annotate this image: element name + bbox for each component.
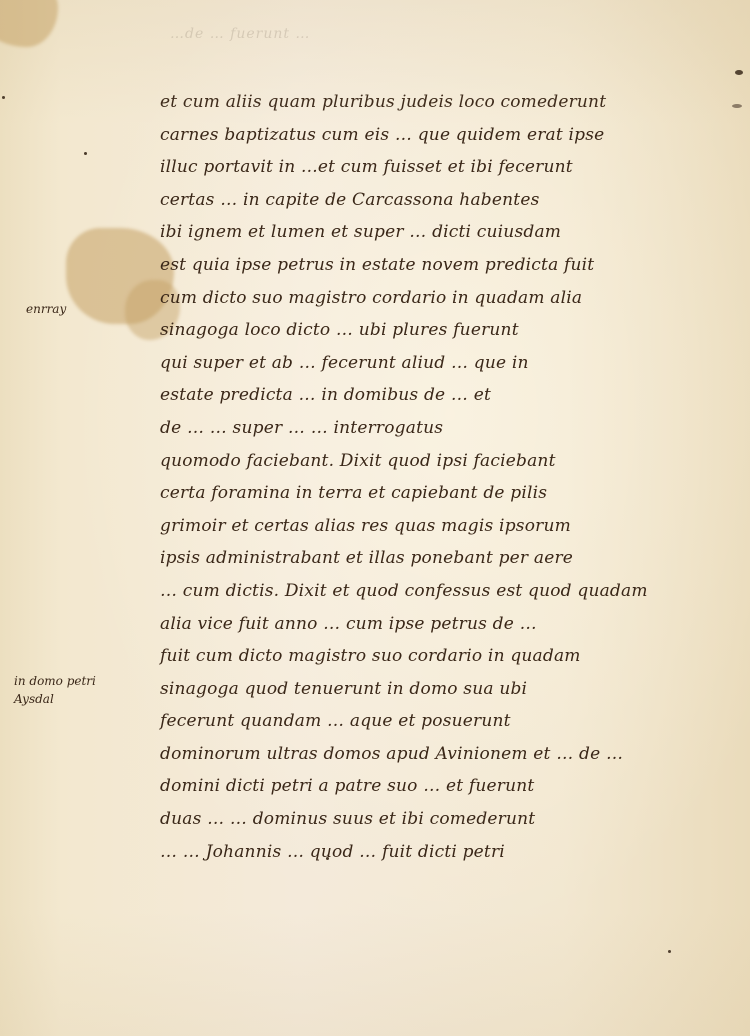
main-text-block: et cum aliis quam pluribus judeis loco c… [160, 86, 720, 868]
paper-blemish [732, 104, 742, 108]
text-line: fuit cum dicto magistro suo cordario in … [160, 640, 720, 673]
text-line: sinagoga loco dicto … ubi plures fuerunt [160, 314, 720, 347]
ink-speck [735, 70, 743, 75]
text-line: dominorum ultras domos apud Avinionem et… [160, 738, 720, 771]
text-line: et cum aliis quam pluribus judeis loco c… [160, 86, 720, 119]
text-line: certa foramina in terra et capiebant de … [160, 477, 720, 510]
text-line: domini dicti petri a patre suo … et fuer… [160, 770, 720, 803]
text-line: est quia ipse petrus in estate novem pre… [160, 249, 720, 282]
text-line: quomodo faciebant. Dixit quod ipsi facie… [160, 445, 720, 478]
text-line: sinagoga quod tenuerunt in domo sua ubi [160, 673, 720, 706]
text-line: grimoir et certas alias res quas magis i… [160, 510, 720, 543]
ink-speck [326, 857, 329, 860]
bleed-through-text: …de … fuerunt … [170, 26, 490, 42]
text-line: fecerunt quandam … aque et posuerunt [160, 705, 720, 738]
text-line: ipsis administrabant et illas ponebant p… [160, 542, 720, 575]
text-line: qui super et ab … fecerunt aliud … que i… [160, 347, 720, 380]
text-line: ibi ignem et lumen et super … dicti cuiu… [160, 216, 720, 249]
text-line: certas … in capite de Carcassona habente… [160, 184, 720, 217]
text-line: … … Johannis … quod … fuit dicti petri [160, 836, 720, 869]
manuscript-page: …de … fuerunt … enrray in domo petri Ays… [0, 0, 750, 1036]
ink-speck [84, 152, 87, 155]
marginal-note: enrray [26, 302, 66, 316]
marginal-note-domo-petri: in domo petri Aysdal [14, 672, 96, 708]
text-line: cum dicto suo magistro cordario in quada… [160, 282, 720, 315]
text-line: de … … super … … interrogatus [160, 412, 720, 445]
text-line: carnes baptizatus cum eis … que quidem e… [160, 119, 720, 152]
text-line: duas … … dominus suus et ibi comederunt [160, 803, 720, 836]
text-line: estate predicta … in domibus de … et [160, 379, 720, 412]
text-line: alia vice fuit anno … cum ipse petrus de… [160, 608, 720, 641]
ink-speck [2, 96, 5, 99]
marginal-note-line: Aysdal [14, 690, 96, 708]
water-stain-corner [0, 0, 58, 47]
text-line: illuc portavit in ...et cum fuisset et i… [160, 151, 720, 184]
marginal-note-line: in domo petri [14, 672, 96, 690]
ink-speck [668, 950, 671, 953]
text-line: … cum dictis. Dixit et quod confessus es… [160, 575, 720, 608]
